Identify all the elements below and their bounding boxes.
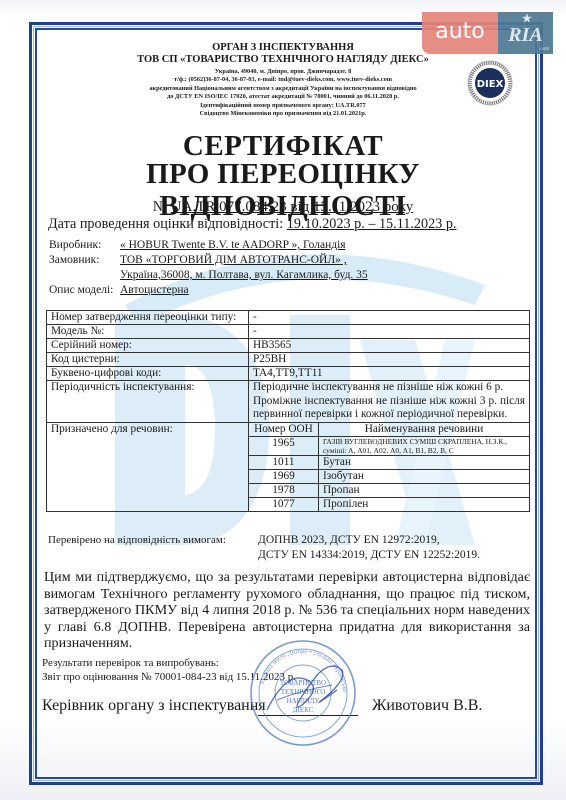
periodicity-value: Періодичне інспектування не пізніше ніж … — [249, 381, 530, 423]
org-id-number: Ідентифікаційний номер призначеного орга… — [60, 102, 506, 110]
un-number: 1965 — [249, 436, 319, 455]
org-details: Україна, 49040, м. Дніпро, пров. Джинчар… — [60, 68, 506, 118]
table-row: Буквено-цифрові коди: TA4,TT9,TT11 — [47, 367, 530, 381]
auto-ria-right-text: RIA — [508, 24, 542, 46]
certificate-number-value: UA.TR.077.084.23 від 15.11.2023 року — [171, 199, 413, 215]
model-desc-label: Опис моделі: — [49, 283, 120, 298]
org-contacts: т/ф.: (0562)36-87-04, 36-87-03, e-mail: … — [60, 76, 506, 84]
table-row: Модель №: - — [47, 325, 530, 339]
substance-row: 1965 ГАЗІВ ВУГЛЕВОДНЕВИХ СУМІШ СКРАПЛЕНА… — [249, 436, 529, 455]
standards-line-2: ДСТУ EN 14334:2019, ДСТУ EN 12252:2019. — [258, 548, 480, 563]
org-accreditation-1: акредитований Національним агентством з … — [60, 85, 506, 93]
row-label: Буквено-цифрові коди: — [47, 367, 249, 381]
manufacturer-value: « HOBUR Twente B.V. te AADORP », Голанді… — [120, 238, 346, 253]
compliance-standards: ДОПНВ 2023, ДСТУ EN 12972:2019, ДСТУ EN … — [258, 533, 480, 563]
table-row: Серійний номер: HB3565 — [47, 339, 530, 353]
periodicity-line-2: Проміжне інспектування не пізніше ніж ко… — [253, 395, 525, 422]
substance-name-header: Найменування речовини — [319, 423, 530, 437]
org-address: Україна, 49040, м. Дніпро, пров. Джинчар… — [60, 68, 506, 76]
assessment-dates-value: 19.10.2023 р. – 15.11.2023 р. — [287, 216, 457, 232]
org-ministry-cert: Свідоцтво Мінекономіки про призначення в… — [60, 110, 506, 118]
substances-label: Призначено для речовин: — [47, 422, 249, 511]
model-desc-value: Автоцистерна — [120, 283, 189, 298]
auto-ria-domain: .com — [539, 47, 549, 53]
row-label: Серійний номер: — [47, 339, 249, 353]
signatory-name: Животович В.В. — [372, 697, 482, 715]
auto-ria-right: ★ RIA .com — [498, 12, 553, 54]
periodicity-line-1: Періодичне інспектування не пізніше ніж … — [253, 381, 525, 395]
substance-name: Пропан — [319, 483, 530, 497]
un-number: 1978 — [249, 483, 319, 497]
customer-address: Україна,36008, м. Полтава, вул. Кагамлик… — [120, 268, 368, 283]
un-number: 1969 — [249, 469, 319, 483]
org-name: ТОВ СП «ТОВАРИСТВО ТЕХНІЧНОГО НАГЛЯДУ ДІ… — [60, 54, 506, 65]
substance-row: 1011 Бутан — [249, 455, 529, 469]
assessment-dates: Дата проведення оцінки відповідності: 19… — [48, 216, 456, 233]
substance-row: 1077 Пропілен — [249, 497, 529, 511]
table-row: Номер затвердження переоцінки типу: - — [47, 311, 530, 325]
row-label: Модель №: — [47, 325, 249, 339]
number-sign: № — [153, 199, 167, 215]
manufacturer-label: Виробник: — [49, 238, 120, 253]
substance-row: 1978 Пропан — [249, 483, 529, 497]
row-value: TA4,TT9,TT11 — [249, 367, 530, 381]
info-block: Виробник: « HOBUR Twente B.V. te AADORP … — [49, 238, 368, 298]
standards-line-1: ДОПНВ 2023, ДСТУ EN 12972:2019, — [258, 533, 480, 548]
customer-label: Замовник: — [49, 253, 120, 268]
row-value: P25BH — [249, 353, 530, 367]
star-icon: ★ — [522, 13, 532, 25]
substances-table: Номер ООН Найменування речовини 1965 ГАЗ… — [249, 423, 529, 511]
row-value: HB3565 — [249, 339, 530, 353]
substance-name: ГАЗІВ ВУГЛЕВОДНЕВИХ СУМІШ СКРАПЛЕНА, Н.З… — [319, 436, 530, 455]
un-number-header: Номер ООН — [249, 423, 319, 437]
row-value: - — [249, 325, 530, 339]
diex-logo-icon: DIEX — [467, 60, 513, 106]
table-row-periodicity: Періодичність інспектування: Періодичне … — [47, 381, 530, 423]
un-number: 1077 — [249, 497, 319, 511]
substances-cell: Номер ООН Найменування речовини 1965 ГАЗ… — [249, 422, 530, 511]
svg-text:DIEX: DIEX — [477, 79, 504, 90]
customer-value: ТОВ «ТОРГОВИЙ ДІМ АВТОТРАНС-ОЙЛ» , — [120, 253, 347, 268]
assessment-label: Дата проведення оцінки відповідності: — [48, 216, 283, 232]
table-row-substances: Призначено для речовин: Номер ООН Наймен… — [47, 422, 530, 511]
compliance-label: Перевірено на відповідність вимогам: — [48, 533, 233, 548]
un-number: 1011 — [249, 455, 319, 469]
org-accreditation-2: до ДСТУ EN ISO/IEC 17020, атестат акреди… — [60, 93, 506, 101]
org-title: ОРГАН З ІНСПЕКТУВАННЯ — [60, 42, 506, 53]
row-value: - — [249, 311, 530, 325]
row-label: Код цистерни: — [47, 353, 249, 367]
substance-name: Бутан — [319, 455, 530, 469]
spacer — [49, 268, 120, 283]
periodicity-label: Періодичність інспектування: — [47, 381, 249, 423]
substance-row: 1969 Ізобутан — [249, 469, 529, 483]
signature-icon — [262, 660, 352, 720]
substances-header: Номер ООН Найменування речовини — [249, 423, 529, 437]
certificate-number: № UA.TR.077.084.23 від 15.11.2023 року — [40, 199, 526, 216]
substance-name: Пропілен — [319, 497, 530, 511]
signatory-role: Керівник органу з інспектування — [42, 697, 266, 715]
certificate-details-table: Номер затвердження переоцінки типу: - Мо… — [46, 310, 530, 512]
row-label: Номер затвердження переоцінки типу: — [47, 311, 249, 325]
table-row: Код цистерни: P25BH — [47, 353, 530, 367]
substance-name: Ізобутан — [319, 469, 530, 483]
